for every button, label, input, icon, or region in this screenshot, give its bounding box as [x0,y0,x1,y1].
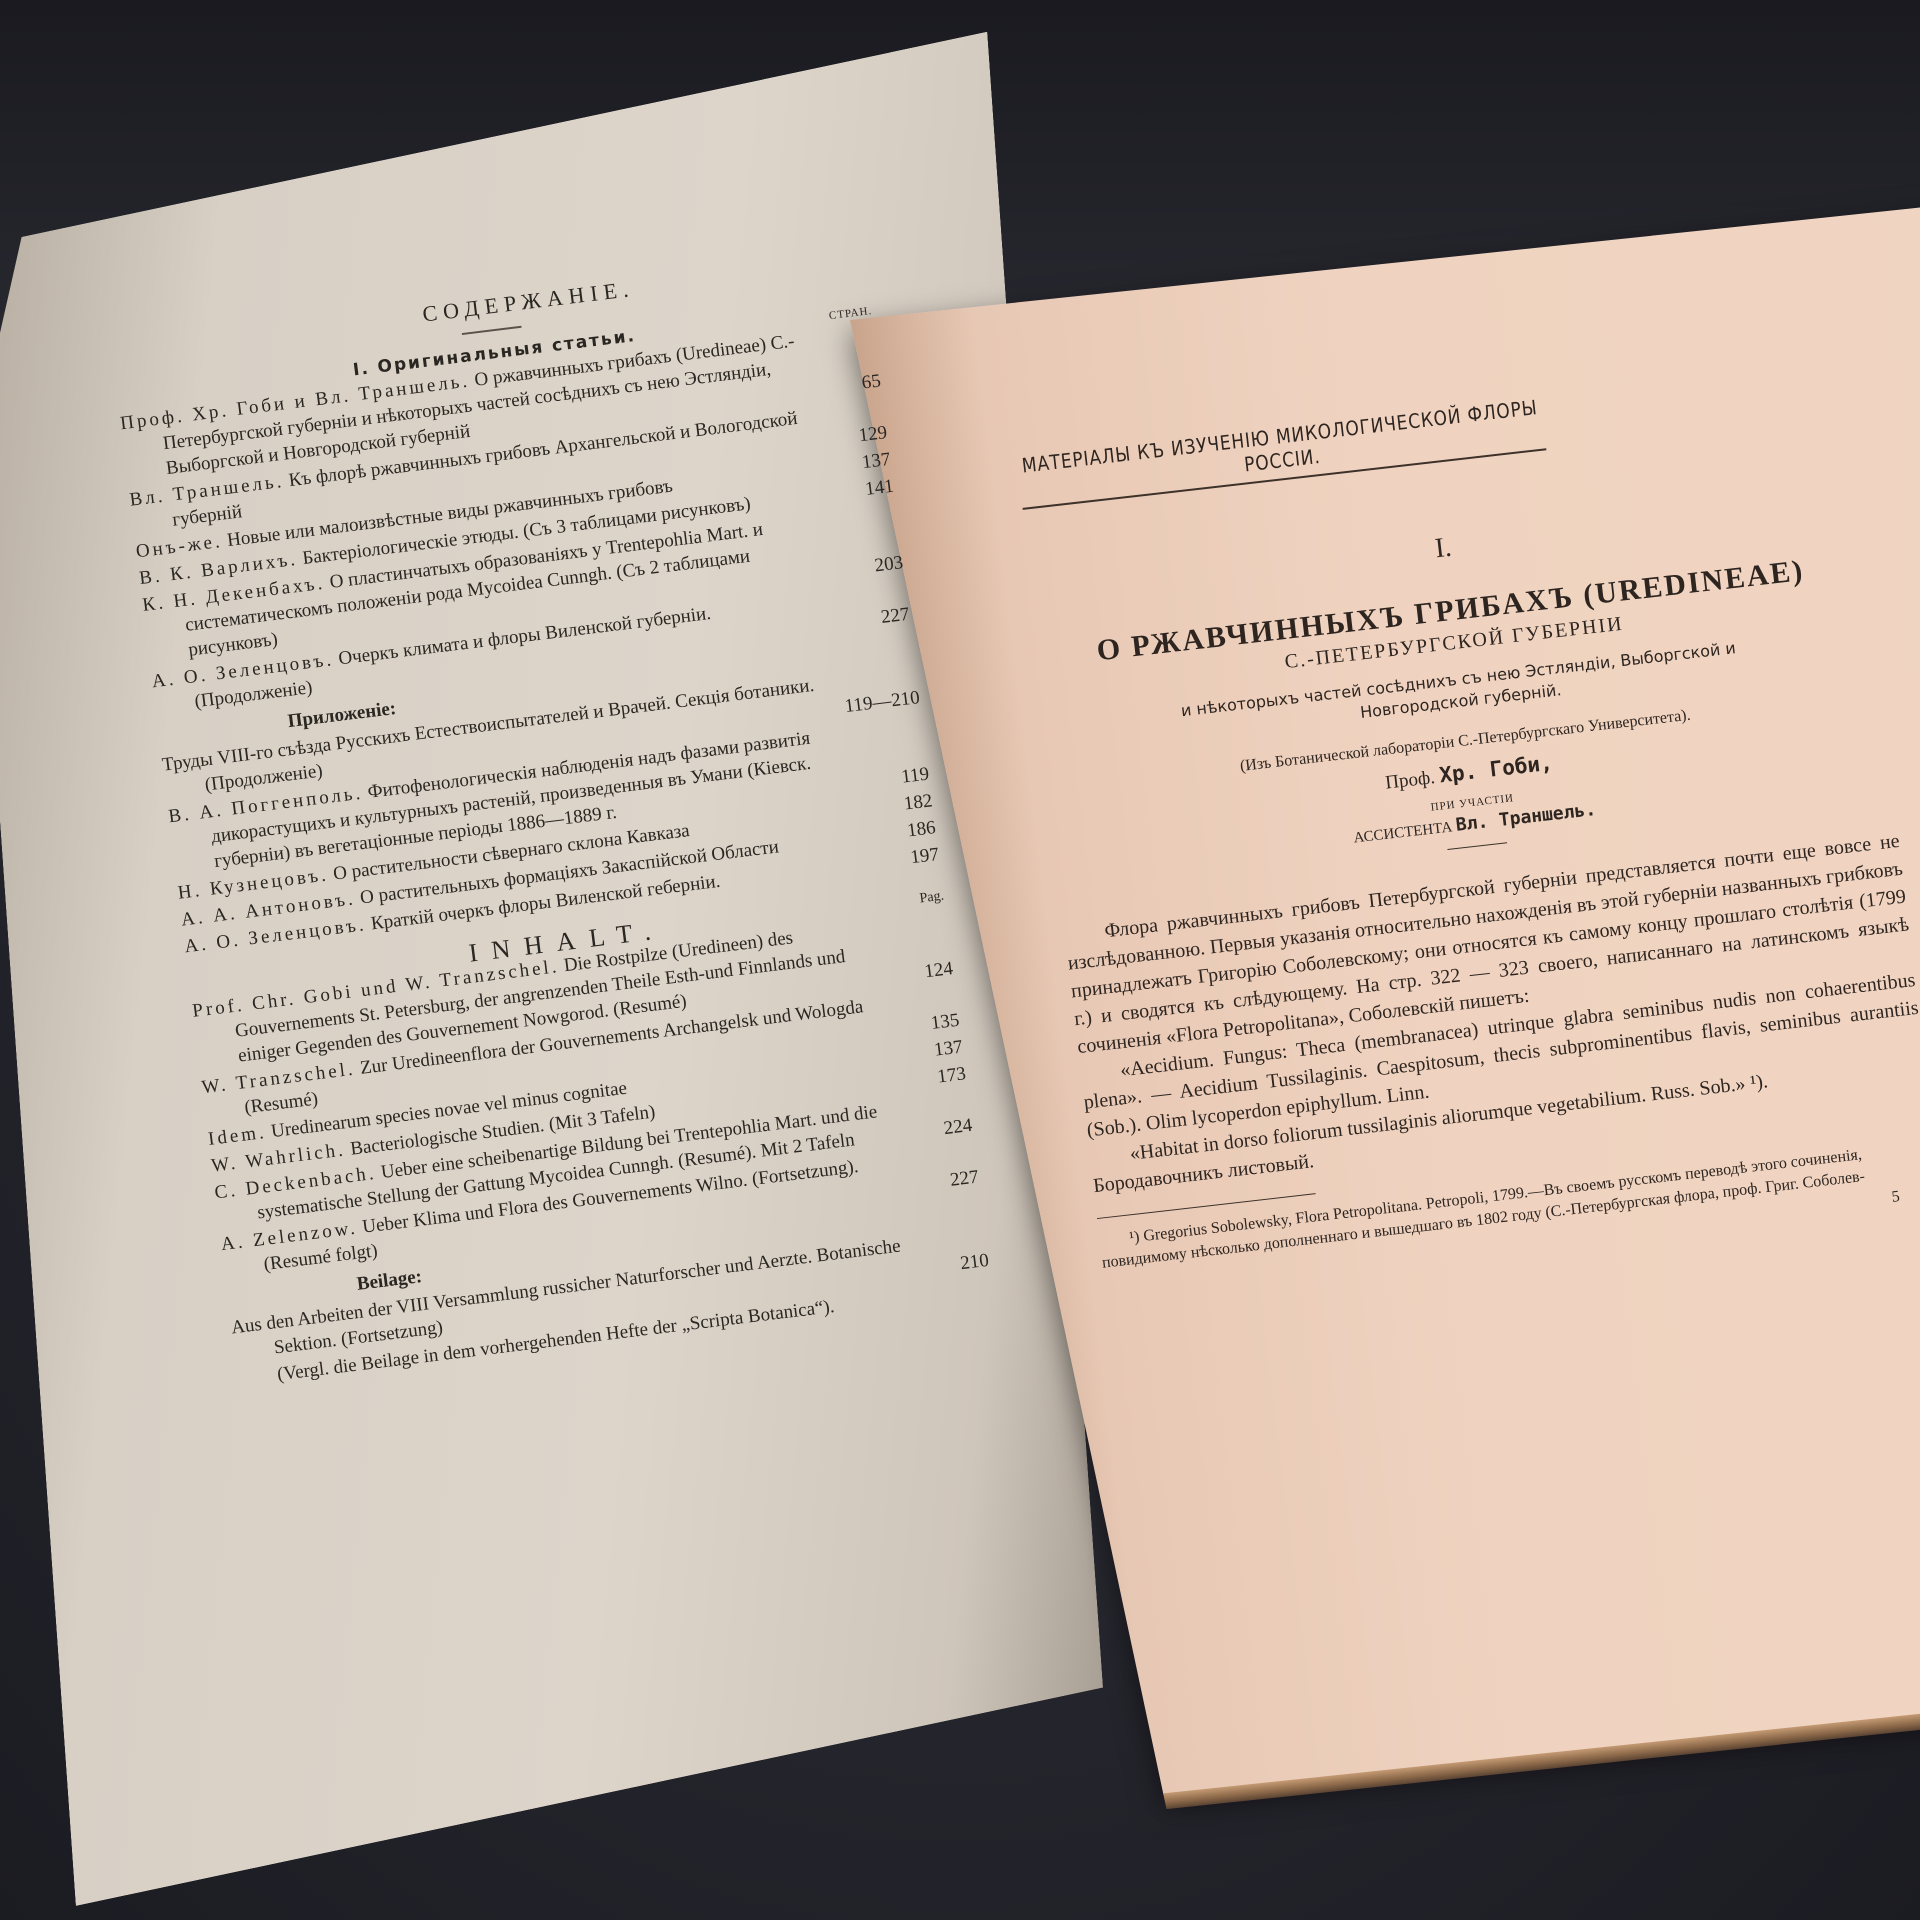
assistant-prefix: АССИСТЕНТА [1353,819,1454,846]
toc-entry-author: Idem. [207,1122,268,1150]
divider [462,326,522,335]
page-block-edge [1163,1678,1920,1809]
toc-entry-page: 227 [828,602,910,637]
author-name: Хр. Гоби, [1438,751,1554,788]
toc-entry-page: 227 [898,1164,980,1199]
article-body: Флора ржавчинныхъ грибовъ Петербургской … [1063,827,1920,1200]
table-of-contents: СОДЕРЖАНІЕ. I. Оригинальныя статьи. СТРА… [110,247,994,1394]
article-page: МАТЕРІАЛЫ КЪ ИЗУЧЕНІЮ МИКОЛОГИЧЕСКОЙ ФЛО… [1010,360,1920,1297]
divider [1447,842,1507,850]
author-prefix: Проф. [1384,767,1436,794]
